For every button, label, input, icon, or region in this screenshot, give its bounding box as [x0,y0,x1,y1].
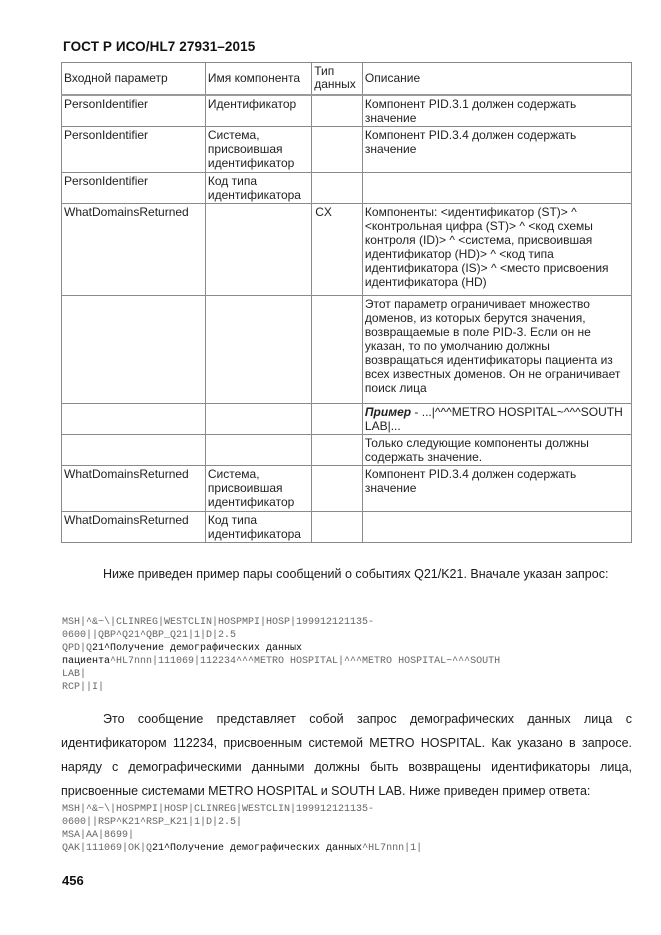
page-number: 456 [62,873,84,888]
cell-type: CX [312,203,363,295]
code-line: LAB| [62,668,500,681]
cell-param: WhatDomainsReturned [62,465,206,511]
code-line: RCP||I| [62,681,500,694]
code-request: MSH|^&~\|CLINREG|WESTCLIN|HOSPMPI|HOSP|1… [62,616,500,694]
table-row: Пример - ...|^^^METRO HOSPITAL~^^^SOUTH … [62,403,632,434]
table-row: PersonIdentifier Код типа идентификатора [62,172,632,203]
cell-component [205,295,311,403]
table-row: PersonIdentifier Система, присвоившая ид… [62,126,632,172]
code-line: пациента^HL7nnn|111069|112234^^^METRO HO… [62,655,500,668]
document-header: ГОСТ Р ИСО/HL7 27931–2015 [63,39,255,54]
column-header-data-type: Тип данных [312,63,363,95]
table-row: WhatDomainsReturned CX Компоненты: <иден… [62,203,632,295]
code-line: QPD|Q21^Получение демографических данных [62,642,500,655]
parameters-table: Входной параметр Имя компонента Тип данн… [61,62,632,543]
cell-description: Компоненты: <идентификатор (ST)> ^ <конт… [362,203,631,295]
paragraph-explanation: Это сообщение представляет собой запрос … [61,707,632,803]
cell-type [312,465,363,511]
cell-param: WhatDomainsReturned [62,511,206,542]
code-line: MSH|^&~\|CLINREG|WESTCLIN|HOSPMPI|HOSP|1… [62,616,500,629]
table-header-row: Входной параметр Имя компонента Тип данн… [62,63,632,95]
cell-component [205,403,311,434]
column-header-description: Описание [362,63,631,95]
table-row: Только следующие компоненты должны содер… [62,434,632,465]
cell-description [362,172,631,203]
cell-type [312,434,363,465]
table-row: Этот параметр ограничивает множество дом… [62,295,632,403]
cell-param: WhatDomainsReturned [62,203,206,295]
code-line: 0600||RSP^K21^RSP_K21|1|D|2.5| [62,816,422,829]
cell-component: Код типа идентификатора [205,511,311,542]
cell-component: Система, присвоившая идентификатор [205,465,311,511]
cell-param [62,434,206,465]
cell-type [312,403,363,434]
cell-param: PersonIdentifier [62,172,206,203]
code-line: QAK|111069|OK|Q21^Получение демографичес… [62,842,422,855]
cell-type [312,95,363,127]
cell-description: Компонент PID.3.1 должен содержать значе… [362,95,631,127]
cell-component: Идентификатор [205,95,311,127]
cell-component [205,203,311,295]
cell-param: PersonIdentifier [62,95,206,127]
paragraph-explanation-text: Это сообщение представляет собой запрос … [61,712,632,798]
cell-description: Только следующие компоненты должны содер… [362,434,631,465]
table-row: PersonIdentifier Идентификатор Компонент… [62,95,632,127]
code-line: 0600||QBP^Q21^QBP_Q21|1|D|2.5 [62,629,500,642]
code-line: MSA|AA|8699| [62,829,422,842]
cell-component: Код типа идентификатора [205,172,311,203]
paragraph-intro: Ниже приведен пример пары сообщений о со… [61,562,632,586]
cell-description [362,511,631,542]
table-row: WhatDomainsReturned Код типа идентификат… [62,511,632,542]
code-response: MSH|^&~\|HOSPMPI|HOSP|CLINREG|WESTCLIN|1… [62,803,422,855]
cell-param: PersonIdentifier [62,126,206,172]
cell-type [312,126,363,172]
cell-description: Компонент PID.3.4 должен содержать значе… [362,465,631,511]
table-row: WhatDomainsReturned Система, присвоившая… [62,465,632,511]
cell-param [62,403,206,434]
cell-description: Компонент PID.3.4 должен содержать значе… [362,126,631,172]
example-label: Пример [365,405,411,419]
cell-component: Система, присвоившая идентификатор [205,126,311,172]
cell-component [205,434,311,465]
cell-type [312,295,363,403]
cell-type [312,511,363,542]
column-header-input-parameter: Входной параметр [62,63,206,95]
cell-param [62,295,206,403]
column-header-component-name: Имя компонента [205,63,311,95]
cell-description-example: Пример - ...|^^^METRO HOSPITAL~^^^SOUTH … [362,403,631,434]
code-line: MSH|^&~\|HOSPMPI|HOSP|CLINREG|WESTCLIN|1… [62,803,422,816]
cell-description: Этот параметр ограничивает множество дом… [362,295,631,403]
cell-type [312,172,363,203]
paragraph-intro-text: Ниже приведен пример пары сообщений о со… [103,567,608,581]
